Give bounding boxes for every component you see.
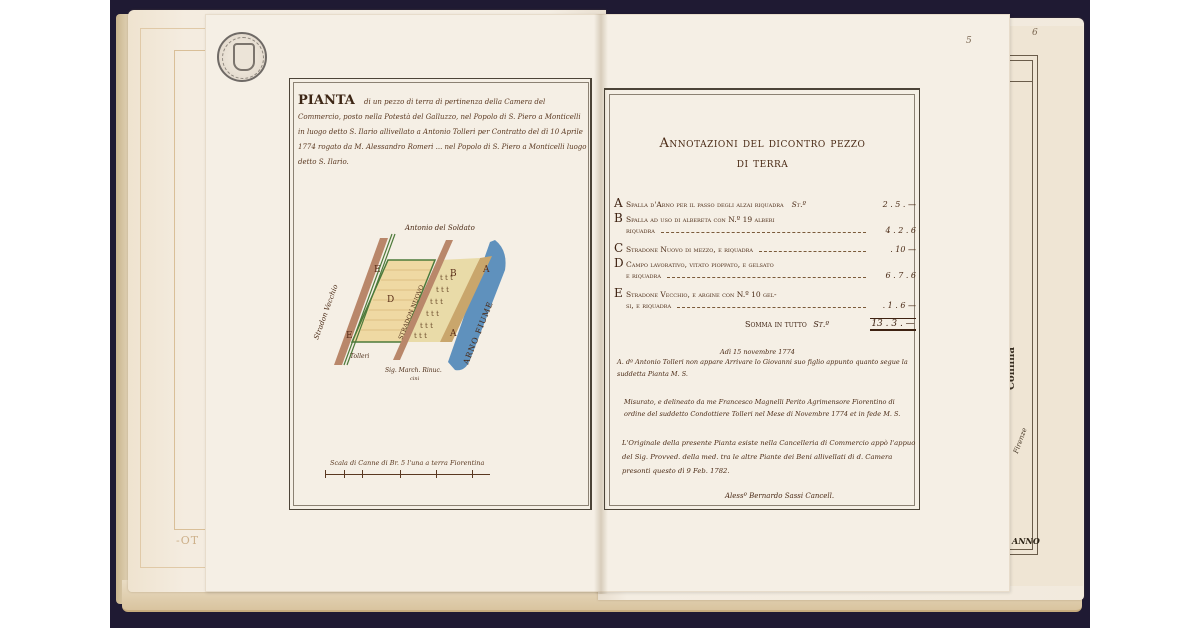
- svg-text:Tolleri: Tolleri: [350, 353, 369, 360]
- total-label: Somma in tutto St.º: [745, 320, 829, 329]
- plot-letter-e-bottom: E: [346, 331, 353, 341]
- pianta-title: PIANTA: [298, 93, 355, 108]
- printed-frame-inner: [1008, 60, 1033, 550]
- annotations-title: Annotazioni del dicontro pezzo di terra: [610, 134, 915, 174]
- seal-stamp-icon: [217, 32, 267, 82]
- pianta-heading: PIANTA di un pezzo di terra di pertinenz…: [298, 93, 588, 168]
- scale-tick: [344, 470, 345, 478]
- total-value: 13 . 3 . —: [870, 318, 916, 331]
- scale-tick: [325, 470, 326, 478]
- edge-corner-text: ANNO: [1012, 536, 1040, 546]
- leader-line: [667, 277, 866, 278]
- leader-line: [677, 307, 866, 308]
- printed-frame-header: [1008, 60, 1033, 82]
- annotations-list: A Spalla d'Arno per il passo degli alzai…: [614, 196, 920, 316]
- scale-tick: [472, 470, 473, 478]
- leader-line: [759, 251, 866, 252]
- svg-text:Antonio del Soldato: Antonio del Soldato: [404, 224, 475, 232]
- annotation-entry-b-cont: riquadra 4 . 2 . 6: [614, 226, 920, 241]
- annotation-entry-b: B Spalla ad uso di albereta con N.º 19 a…: [614, 211, 920, 226]
- plot-letter-a-top: A: [482, 265, 490, 275]
- svg-text:Sig. March. Rinuc.: Sig. March. Rinuc.: [385, 367, 442, 374]
- plot-letter-d: D: [387, 295, 394, 305]
- svg-text:cini: cini: [410, 376, 420, 382]
- land-plot-map: t t tt t t t t tt t t t t tt t t E D E B…: [290, 210, 540, 390]
- leader-line: [661, 232, 866, 233]
- scale-bar: [325, 474, 490, 475]
- svg-text:Stradon Vecchio: Stradon Vecchio: [312, 284, 339, 341]
- annotation-entry-e: E Stradone Vecchio, e argine con N.º 10 …: [614, 286, 920, 301]
- plot-letter-e-top: E: [374, 265, 381, 275]
- annotation-entry-c: C Stradone Nuovo di mezzo, e riquadra . …: [614, 241, 920, 256]
- svg-text:t t t: t t t: [420, 322, 433, 330]
- chancellor-signature: Alessº Bernardo Sassi Cancell.: [725, 490, 834, 502]
- scale-tick: [362, 470, 363, 478]
- plot-letter-a-bottom: A: [449, 329, 457, 339]
- page-number-right: 6: [1032, 28, 1038, 38]
- handwritten-note-1: A. dº Antonio Tolleri non appare Arrivar…: [617, 356, 917, 380]
- plot-letter-b: B: [450, 269, 457, 279]
- annotation-entry-a: A Spalla d'Arno per il passo degli alzai…: [614, 196, 920, 211]
- svg-text:t t t: t t t: [414, 332, 427, 340]
- handwritten-note-3: L'Originale della presente Pianta esiste…: [622, 436, 916, 478]
- handwritten-note-2: Misurato, e delineato da me Francesco Ma…: [624, 396, 914, 420]
- svg-text:t t t: t t t: [430, 298, 443, 306]
- faint-bleed-text: -OT: [176, 534, 199, 547]
- svg-text:t t t: t t t: [436, 286, 449, 294]
- svg-text:t t t: t t t: [426, 310, 439, 318]
- scale-caption: Scala di Canne di Br. 5 l'una a terra Fi…: [330, 459, 484, 467]
- annotation-entry-d-cont: e riquadra 6 . 7 . 6: [614, 271, 920, 286]
- page-number-left-sheet: 5: [966, 36, 972, 46]
- pianta-description: di un pezzo di terra di pertinenza della…: [298, 98, 587, 166]
- scale-tick: [436, 470, 437, 478]
- scale-tick: [400, 470, 401, 478]
- annotation-entry-d: D Campo lavorativo, vitato pioppato, e g…: [614, 256, 920, 271]
- annotation-entry-e-cont: si, e riquadra . 1 . 6 —: [614, 301, 920, 316]
